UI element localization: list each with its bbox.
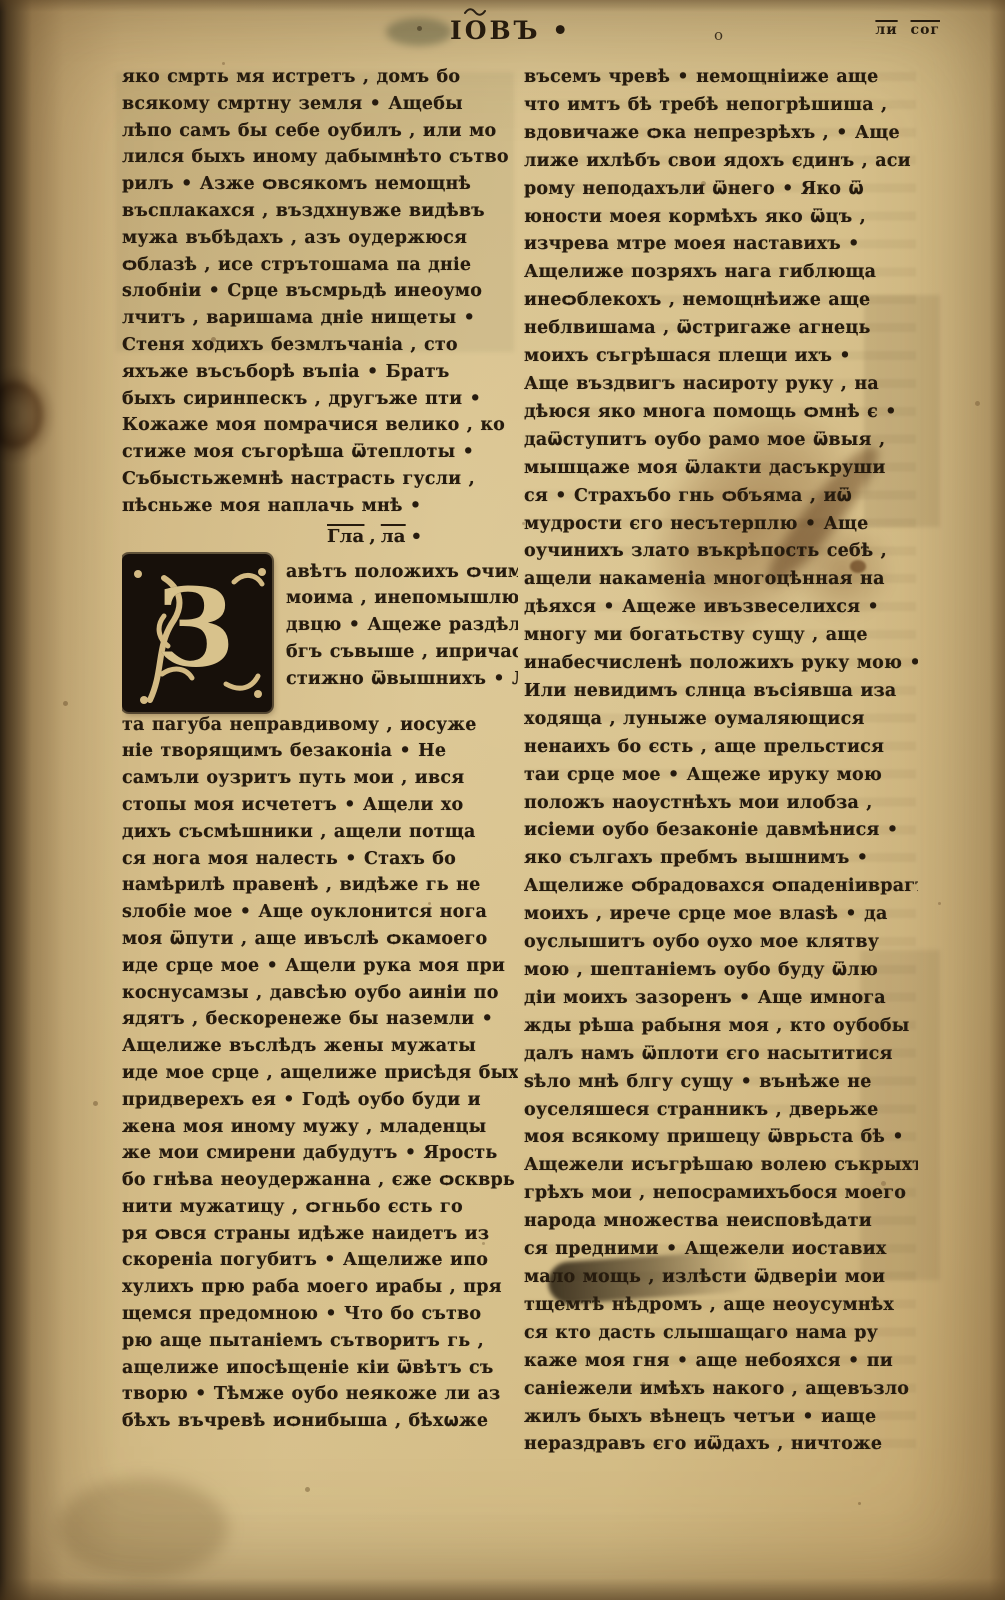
text-line: всякому смртну земля • Ащебы (122, 91, 518, 118)
header-center-mark: о (714, 26, 723, 44)
text-line: бѣхъ въчревѣ иѻнибыша , бѣхѡже (122, 1408, 518, 1435)
text-line: двцю • Ащеже раздѣли (286, 612, 518, 639)
text-line: иде срце мое • Ащели рука моя при (122, 953, 518, 980)
text-line: лѣпо самъ бы себе оубилъ , или мо (122, 118, 518, 145)
text-line: оуселяшеся странникъ , дверьже (524, 1097, 918, 1125)
text-line: мышцаже моя ѿлакти дасъкруши (524, 455, 918, 483)
text-line: Събыстьжемнѣ настрасть гусли , (122, 466, 518, 493)
text-line: бгъ съвыше , ипричастіе по (286, 639, 518, 666)
text-line: яко смрть мя истретъ , домъ бо (122, 64, 518, 91)
text-line: мою , шептаніемъ оубо буду ѿлю (524, 957, 918, 985)
text-line: Стеня ходихъ безмлъчаніа , сто (122, 332, 518, 359)
text-line: ѕлобніи • Срце въсмрьдѣ инеоумо (122, 278, 518, 305)
text-line: Ащелиже въслѣдъ жены мужаты (122, 1033, 518, 1060)
text-line: мужа въбѣдахъ , азъ оудержюся (122, 225, 518, 252)
text-line: Ащелиже позряхъ нага гиблюща (524, 259, 918, 287)
text-line: ѕѣло мнѣ блгу сущу • вънѣже не (524, 1069, 918, 1097)
text-line: та пагуба неправдивому , иосуже (122, 712, 518, 739)
chapter-bullet: • (411, 526, 423, 547)
initial-paragraph: З авѣтъ положихъ ѻчимамоима , инепомышлю… (122, 554, 518, 712)
text-line: нераздравъ єго иѿдахъ , ничтоже (524, 1431, 918, 1459)
chapter-comma: , (369, 526, 375, 547)
text-line: иде мое срце , ащелиже присѣдя быхъ (122, 1060, 518, 1087)
text-line: тщемтѣ нѣдромъ , аще неоусумнѣх (524, 1292, 918, 1320)
text-line: бо гнѣва неоудержанна , єже ѻскврь (122, 1167, 518, 1194)
text-line: въсемъ чревѣ • немощніиже аще (524, 64, 918, 92)
text-line: рю аще пытаніемъ сътворитъ гь , (122, 1328, 518, 1355)
text-line: лился быхъ иному дабымнѣто сътво (122, 144, 518, 171)
text-line: ащелиже ипосѣщеніе кіи ѿвѣтъ съ (122, 1355, 518, 1382)
text-line: ся • Страхъбо гнь ѻбъяма , иѿ (524, 483, 918, 511)
right-column-block: въсемъ чревѣ • немощніиже ащечто имтъ бѣ… (524, 64, 918, 1459)
text-line: самъли оузритъ путь мои , ився (122, 765, 518, 792)
text-line: вдовичаже ѻка непрезрѣхъ , • Аще (524, 120, 918, 148)
text-line: ря ѻвся страны идѣже наидетъ из (122, 1221, 518, 1248)
text-line: даѿступитъ оубо рамо мое ѿвыя , (524, 427, 918, 455)
text-line: юности моея кормѣхъ яко ѿцъ , (524, 204, 918, 232)
text-line: Кожаже моя помрачися велико , ко (122, 412, 518, 439)
text-line: придверехъ ея • Годѣ оубо буди и (122, 1087, 518, 1114)
text-line: яко сългахъ пребмъ вышнимъ • (524, 845, 918, 873)
text-line: лиже ихлѣбъ свои ядохъ єдинъ , аси (524, 148, 918, 176)
text-line: діи моихъ зазоренъ • Аще имнога (524, 985, 918, 1013)
text-line: исіеми оубо безаконіе давмѣнися • (524, 817, 918, 845)
text-line: Аще въздвигъ насироту руку , на (524, 371, 918, 399)
text-line: яхъже въсъборѣ въпіа • Братъ (122, 359, 518, 386)
text-line: щемся предомною • Что бо сътво (122, 1301, 518, 1328)
text-line: хулихъ прю раба моего ирабы , пря (122, 1274, 518, 1301)
page-edge-bottom (0, 1578, 1005, 1600)
text-line: ніе творящимъ безаконіа • Не (122, 738, 518, 765)
text-line: моима , инепомышлю на (286, 585, 518, 612)
text-line: далъ намъ ѿплоти єго насытитися (524, 1041, 918, 1069)
text-line: Ащежели исъгрѣшаю волею съкрыхъ (524, 1152, 918, 1180)
page-edge-top (0, 0, 1005, 12)
text-line: авѣтъ положихъ ѻчима (286, 559, 518, 586)
text-line: жена моя иному мужу , младенцы (122, 1114, 518, 1141)
text-line: саніежели имѣхъ накого , ащевъзло (524, 1376, 918, 1404)
text-line: скореніа погубитъ • Ащелиже ипо (122, 1247, 518, 1274)
text-line: неблвишама , ѿстригаже агнець (524, 315, 918, 343)
initial-letter: З (156, 574, 234, 682)
text-line: моихъ съгрѣшася плещи ихъ • (524, 343, 918, 371)
text-line: ѻблазѣ , исе стрътошама па дніе (122, 252, 518, 279)
right-text-column: въсемъ чревѣ • немощніиже ащечто имтъ бѣ… (524, 64, 918, 1459)
text-line: моихъ , ирече срце мое влаѕѣ • да (524, 901, 918, 929)
text-line: оучинихъ злато въкрѣпость себѣ , (524, 538, 918, 566)
initial-adjacent-lines: авѣтъ положихъ ѻчимамоима , инепомышлю н… (286, 554, 518, 712)
text-line: изчрева мтре моея наставихъ • (524, 231, 918, 259)
text-line: нити мужатицу , ѻгньбо єсть го (122, 1194, 518, 1221)
text-line: лчитъ , варишама дніе нищеты • (122, 305, 518, 332)
text-line: же мои смирени дабудутъ • Ярость (122, 1140, 518, 1167)
text-line: ядятъ , бескоренеже бы наземли • (122, 1006, 518, 1033)
text-line: рому неподахъли ѿнего • Яко ѿ (524, 176, 918, 204)
text-line: ащели накаменіа многоцѣнная на (524, 566, 918, 594)
text-line: мудрости єго несътерплю • Аще (524, 511, 918, 539)
manuscript-page: ІОВЪ • о ли сог яко смрть мя истретъ , д… (0, 0, 1005, 1600)
text-line: дихъ съсмѣшники , ащели потща (122, 819, 518, 846)
text-line: положъ наоустнѣхъ мои илобза , (524, 790, 918, 818)
left-column-lower-block: та пагуба неправдивому , иосуженіе творя… (122, 712, 518, 1436)
text-line: таи срце мое • Ащеже ируку мою (524, 762, 918, 790)
left-text-column: яко смрть мя истретъ , домъ бовсякому см… (122, 64, 518, 1435)
text-line: творю • Тѣмже оубо неякоже ли аз (122, 1381, 518, 1408)
text-line: въсплакахся , въздхнувже видѣвъ (122, 198, 518, 225)
text-line: Ащелиже ѻбрадовахся ѻпаденіиврагъ (524, 873, 918, 901)
page-edge-right (989, 0, 1005, 1600)
text-line: ся нога моя налесть • Стахъ бо (122, 846, 518, 873)
text-line: намѣрилѣ правенѣ , видѣже гь не (122, 872, 518, 899)
ink-stain (386, 18, 452, 46)
folio-part: сог (911, 22, 940, 38)
text-line: моя всякому пришецу ѿврьста бѣ • (524, 1124, 918, 1152)
folio-mark: ли сог (860, 22, 940, 38)
text-line: мало мощь , излѣсти ѿдверіи мои (524, 1264, 918, 1292)
folio-part: ли (875, 22, 897, 38)
binding-edge (0, 0, 120, 1600)
text-line: Или невидимъ слнца въсіявша иза (524, 678, 918, 706)
text-line: ненаихъ бо єсть , аще прельстися (524, 734, 918, 762)
chapter-heading: Гла,ла• (122, 522, 518, 552)
running-title: ІОВЪ • (450, 16, 571, 45)
text-line: что имтъ бѣ требѣ непогрѣшиша , (524, 92, 918, 120)
text-line: жилъ быхъ вѣнецъ четъи • иаще (524, 1404, 918, 1432)
text-line: моя ѿпути , аще ивъслѣ ѻкамоего (122, 926, 518, 953)
left-column-upper-block: яко смрть мя истретъ , домъ бовсякому см… (122, 64, 518, 520)
text-line: инеѻблекохъ , немощнѣиже аще (524, 287, 918, 315)
text-line: стиже моя съгорѣша ѿтеплоты • (122, 439, 518, 466)
text-line: пѣсньже моя наплачь мнѣ • (122, 493, 518, 520)
chapter-word: Гла (327, 526, 364, 547)
woodcut-initial-block: З (122, 554, 272, 712)
text-line: оуслышитъ оубо оухо мое клятву (524, 929, 918, 957)
text-line: стижно ѿвышнихъ • Лю (286, 666, 518, 693)
text-line: народа множества неисповѣдати (524, 1208, 918, 1236)
text-line: быхъ сиринпескъ , другъже пти • (122, 386, 518, 413)
chapter-number: ла (381, 526, 406, 547)
text-line: ся предними • Ащежели иоставих (524, 1236, 918, 1264)
breathing-mark-icon (462, 4, 496, 16)
text-line: рилъ • Азже ѻвсякомъ немощнѣ (122, 171, 518, 198)
text-line: дѣяхся • Ащеже ивъзвеселихся • (524, 594, 918, 622)
text-line: многу ми богатьству сущу , аще (524, 622, 918, 650)
text-line: инабесчисленѣ положихъ руку мою • (524, 650, 918, 678)
text-line: стопы моя исчететъ • Ащели хо (122, 792, 518, 819)
text-line: грѣхъ мои , непосрамихъбося моего (524, 1180, 918, 1208)
text-line: коснусамзы , давсѣю оубо аиніи по (122, 980, 518, 1007)
text-line: жды рѣша рабыня моя , кто оубобы (524, 1013, 918, 1041)
text-line: дѣюся яко многа помощь ѻмнѣ є • (524, 399, 918, 427)
text-line: ходяща , луныже оумаляющися (524, 706, 918, 734)
text-line: ѕлобіе мое • Аще оуклонится нога (122, 899, 518, 926)
text-line: ся кто дасть слышащаго нама ру (524, 1320, 918, 1348)
text-line: каже моя гня • аще небояхся • пи (524, 1348, 918, 1376)
